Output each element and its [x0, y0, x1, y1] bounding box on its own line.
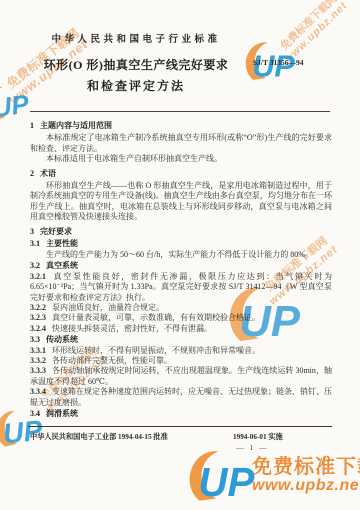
scanned-standard-page: 免费标准下载网 www.upbz.net 免费标准下载网 www.upbz.ne… — [0, 0, 360, 510]
watermark-text: 免费标准下载网 www.upbz.net — [278, 0, 350, 61]
clause-text: 快速接头拆装灵活，密封性好，不得有泄漏。 — [52, 324, 212, 333]
section-3-4-heading: 3.4润滑系统 — [30, 409, 332, 419]
section-title: 完好要求 — [40, 227, 72, 236]
paragraph: 本标准适用于电冰箱生产自制环形抽真空生产线。 — [30, 154, 332, 164]
section-title: 术语 — [40, 169, 56, 178]
clause-text: 真空计量表灵敏，可靠，示数准确，有有效期校验合格证。 — [52, 313, 260, 322]
section-3-2-heading: 3.2真空系统 — [30, 261, 332, 271]
clause-number: 3.3.1 — [30, 346, 52, 355]
clause-number: 3.2.1 — [30, 272, 52, 281]
clause-3-2-3: 3.2.3真空计量表灵敏，可靠，示数准确，有有效期校验合格证。 — [30, 313, 332, 323]
section-title: 主题内容与适用范围 — [40, 121, 112, 130]
section-title: 润滑系统 — [46, 409, 78, 418]
upbz-logo-icon: UP — [186, 448, 260, 506]
approval-line: 中华人民共和国电子工业部 1994-04-15 批准 — [30, 432, 168, 442]
section-3-3-heading: 3.3传动系统 — [30, 335, 332, 345]
section-2-heading: 2术语 — [30, 169, 332, 179]
section-3-heading: 3完好要求 — [30, 227, 332, 237]
logo-letters: UP — [198, 459, 254, 505]
section-number: 3.2 — [30, 261, 46, 270]
clause-number: 3.3.4 — [30, 387, 52, 396]
clause-text: 变速箱在规定各种速度范围内运转时，应无噪音、无过热现象；链条、销钉、压辊无过度磨… — [30, 387, 332, 406]
section-title: 主要性能 — [46, 239, 78, 248]
clause-number: 3.3.2 — [30, 356, 52, 365]
page-number: — 1 — — [236, 443, 269, 452]
clause-number: 3.2.4 — [30, 324, 52, 333]
clause-3-3-4: 3.3.4变速箱在规定各种速度范围内运转时，应无噪音、无过热现象；链条、销钉、压… — [30, 387, 332, 408]
brand-site-name: 免费标准下载网 — [252, 457, 360, 478]
clause-3-3-3: 3.3.3各传动轴轴承按规定时间运转，不应出现超温现象。生产线连续运转 30mi… — [30, 366, 332, 387]
footer-divider — [28, 426, 332, 427]
document-body: 1主题内容与适用范围 本标准规定了电冰箱生产制冷系统抽真空专用环形(或称“O”形… — [30, 117, 332, 419]
clause-3-2-4: 3.2.4快速接头拆装灵活，密封性好，不得有泄漏。 — [30, 324, 332, 334]
paragraph: 环形抽真空生产线——也称 O 形抽真空生产线，是家用电冰箱制造过程中，用于制冷系… — [30, 181, 332, 223]
clause-number: 3.2.3 — [30, 313, 52, 322]
standard-org-line: 中华人民共和国电子行业标准 — [0, 31, 272, 45]
section-3-1-heading: 3.1主要性能 — [30, 239, 332, 249]
clause-text: 真空泵性能良好，密封件无渗漏，极限压力应达到：当气镇关时为 6.65×10⁻²P… — [30, 272, 332, 302]
section-number: 3.4 — [30, 409, 46, 418]
clause-text: 环形线运转时，不得有明显振动，不规则冲击和异常噪音。 — [52, 346, 260, 355]
implementation-date: 1994-06-01 实施 — [233, 432, 283, 442]
clause-text: 各传动轴轴承按规定时间运转，不应出现超温现象。生产线连续运转 30min，轴承温… — [30, 366, 332, 385]
section-number: 3.3 — [30, 335, 46, 344]
title-divider — [30, 111, 330, 112]
clause-number: 3.3.3 — [30, 366, 52, 375]
paragraph: 生产线的生产能力为 50～60 台/h，实际生产能力不得低于设计能力的 80%。 — [30, 250, 332, 260]
section-title: 传动系统 — [46, 335, 78, 344]
section-number: 3.1 — [30, 239, 46, 248]
section-number: 3 — [30, 227, 40, 236]
section-title: 真空系统 — [46, 261, 78, 270]
section-1-heading: 1主题内容与适用范围 — [30, 121, 332, 131]
clause-number: 3.2.2 — [30, 303, 52, 312]
doc-title-line2: 和检查评定方法 — [0, 77, 272, 94]
clause-3-2-1: 3.2.1真空泵性能良好，密封件无渗漏，极限压力应达到：当气镇关时为 6.65×… — [30, 272, 332, 303]
section-number: 1 — [30, 121, 40, 130]
clause-3-2-2: 3.2.2泵内油质良好，油量符合规定。 — [30, 303, 332, 313]
paragraph: 本标准规定了电冰箱生产制冷系统抽真空专用环形(或称“O”形)生产线的完好要求和检… — [30, 133, 332, 154]
brand-stamp: 免费标准下载网 www.upbz.net — [252, 457, 360, 495]
doc-title-line1: 环形(O 形)抽真空生产线完好要求 — [0, 56, 272, 73]
clause-3-3-1: 3.3.1环形线运转时，不得有明显振动，不规则冲击和异常噪音。 — [30, 346, 332, 356]
watermark-site-url: www.upbz.net — [282, 0, 350, 65]
clause-text: 各传动部件完整无损，性能可靠。 — [52, 356, 172, 365]
watermark-site-name: 免费标准下载网 — [278, 0, 341, 53]
section-number: 2 — [30, 169, 40, 178]
clause-text: 泵内油质良好，油量符合规定。 — [52, 303, 164, 312]
brand-site-url: www.upbz.net — [252, 478, 360, 495]
clause-3-3-2: 3.3.2各传动部件完整无损，性能可靠。 — [30, 356, 332, 366]
